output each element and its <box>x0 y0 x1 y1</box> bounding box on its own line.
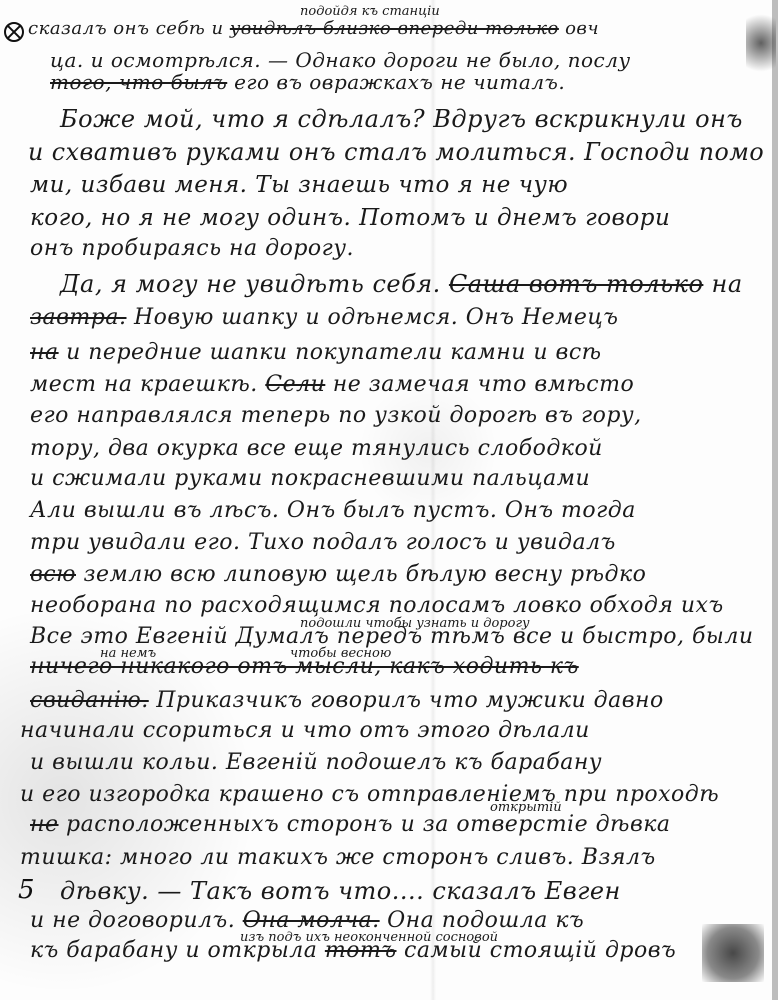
struck-through-text: не <box>30 812 59 837</box>
struck-through-text: Сели <box>265 372 325 397</box>
interlinear-insertion: подошли чтобы узнать и дорогу <box>300 616 530 631</box>
ink-smudge-top <box>746 8 776 78</box>
manuscript-line: того, что былъ его въ овражкахъ не читал… <box>50 70 565 108</box>
struck-through-text: свиданію. <box>30 688 149 713</box>
manuscript-line: Да, я могу не увидѣть себя. Саша вотъ то… <box>60 270 743 308</box>
struck-through-text: того, что былъ <box>50 70 227 94</box>
paper-edge <box>772 0 778 1000</box>
interlinear-insertion: на немъ <box>100 646 156 661</box>
ink-smudge-bottom <box>702 924 764 982</box>
struck-through-text: увидѣлъ близко впереди только <box>230 18 559 39</box>
interlinear-insertion: открытій <box>490 800 562 815</box>
struck-through-text: Саша вотъ только <box>449 270 703 298</box>
manuscript-page: сказалъ онъ себѣ и увидѣлъ близко вперед… <box>0 0 778 1000</box>
struck-through-text: всю <box>30 562 76 587</box>
manuscript-line: онъ пробираясь на дорогу. <box>30 236 354 274</box>
page-number: 5 <box>18 875 35 905</box>
manuscript-line: завтра. Новую шапку и одѣнемся. Онъ Неме… <box>30 305 618 343</box>
crossed-circle-mark-icon <box>4 22 24 42</box>
interlinear-insertion: изъ подъ ихъ неоконченной сосновой <box>240 930 498 945</box>
interlinear-insertion: чтобы весною <box>290 646 391 661</box>
interlinear-insertion: подойдя къ станціи <box>300 4 440 19</box>
struck-through-text: на <box>30 340 59 365</box>
struck-through-text: завтра. <box>30 305 126 330</box>
manuscript-line: и схвативъ руками онъ сталъ молиться. Го… <box>28 138 764 176</box>
